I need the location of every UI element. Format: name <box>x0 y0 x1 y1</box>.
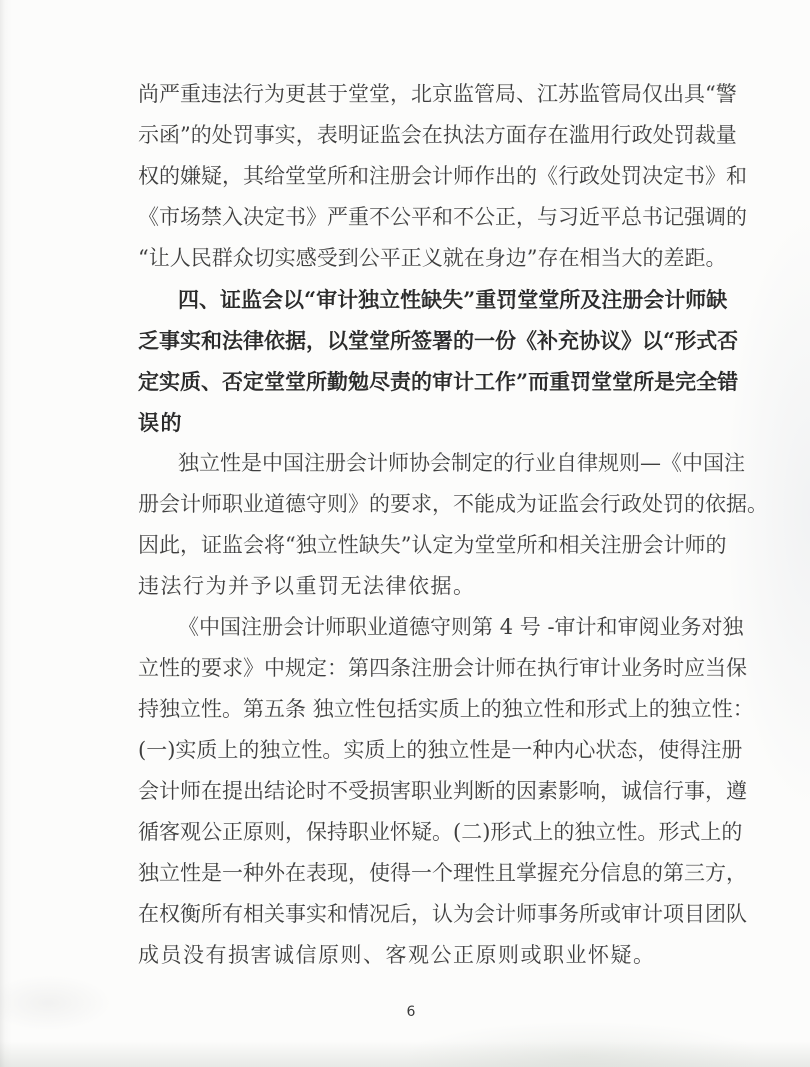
text-line: 示函”的处罚事实，表明证监会在执法方面存在滥用行政处罚裁量 <box>138 115 684 156</box>
text-line: 乏事实和法律依据，以堂堂所签署的一份《补充协议》以“形式否 <box>138 320 684 361</box>
text-line: 误的 <box>138 402 684 443</box>
text-line: 《中国注册会计师职业道德守则第 4 号 -审计和审阅业务对独 <box>138 607 684 648</box>
document-page: 尚严重违法行为更甚于堂堂，北京监管局、江苏监管局仅出具“警示函”的处罚事实，表明… <box>0 0 810 1067</box>
document-body: 尚严重违法行为更甚于堂堂，北京监管局、江苏监管局仅出具“警示函”的处罚事实，表明… <box>138 74 684 976</box>
page-number: 6 <box>138 999 684 1025</box>
text-line: 循客观公正原则，保持职业怀疑。(二)形式上的独立性。形式上的 <box>138 812 684 853</box>
text-line: 违法行为并予以重罚无法律依据。 <box>138 566 684 607</box>
text-line: 尚严重违法行为更甚于堂堂，北京监管局、江苏监管局仅出具“警 <box>138 74 684 115</box>
text-line: 会计师在提出结论时不受损害职业判断的因素影响，诚信行事，遵 <box>138 771 684 812</box>
text-line: 立性的要求》中规定：第四条注册会计师在执行审计业务时应当保 <box>138 648 684 689</box>
text-line: 因此，证监会将“独立性缺失”认定为堂堂所和相关注册会计师的 <box>138 525 684 566</box>
text-line: 册会计师职业道德守则》的要求，不能成为证监会行政处罚的依据。 <box>138 484 684 525</box>
text-line: (一)实质上的独立性。实质上的独立性是一种内心状态，使得注册 <box>138 730 684 771</box>
text-line: 四、证监会以“审计独立性缺失”重罚堂堂所及注册会计师缺 <box>138 279 684 320</box>
text-line: 《市场禁入决定书》严重不公平和不公正，与习近平总书记强调的 <box>138 197 684 238</box>
text-line: 定实质、否定堂堂所勤勉尽责的审计工作”而重罚堂堂所是完全错 <box>138 361 684 402</box>
text-line: 持独立性。第五条 独立性包括实质上的独立性和形式上的独立性： <box>138 689 684 730</box>
text-line: “让人民群众切实感受到公平正义就在身边”存在相当大的差距。 <box>138 238 684 279</box>
text-line: 成员没有损害诚信原则、客观公正原则或职业怀疑。 <box>138 935 684 976</box>
text-line: 权的嫌疑，其给堂堂所和注册会计师作出的《行政处罚决定书》和 <box>138 156 684 197</box>
text-line: 独立性是中国注册会计师协会制定的行业自律规则—《中国注 <box>138 443 684 484</box>
text-line: 在权衡所有相关事实和情况后，认为会计师事务所或审计项目团队 <box>138 894 684 935</box>
text-line: 独立性是一种外在表现，使得一个理性且掌握充分信息的第三方， <box>138 853 684 894</box>
